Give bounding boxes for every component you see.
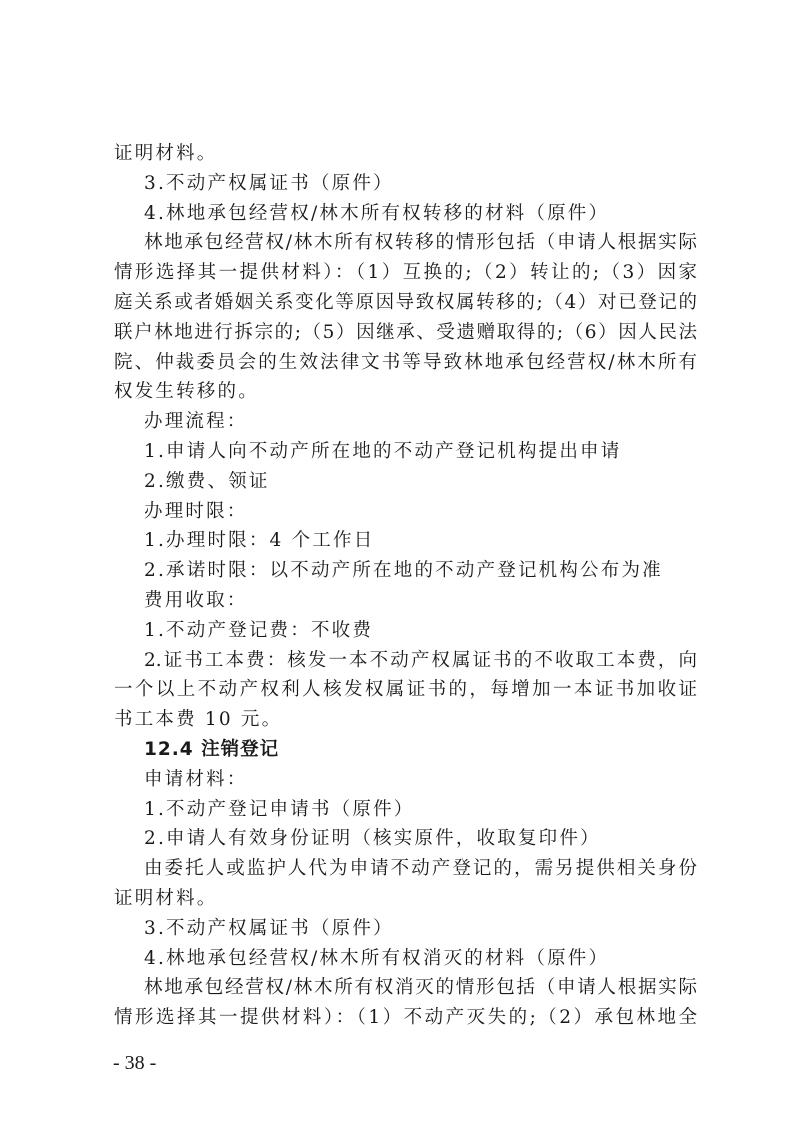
text-line: 1.不动产登记费：不收费: [114, 616, 697, 646]
text-line: 证明材料。: [114, 884, 697, 914]
text-line: 一个以上不动产权利人核发权属证书的，每增加一本证书加收证: [114, 675, 697, 705]
text-line: 4.林地承包经营权/林木所有权消灭的材料（原件）: [114, 944, 697, 974]
text-line: 林地承包经营权/林木所有权消灭的情形包括（申请人根据实际: [114, 973, 697, 1003]
text-line: 书工本费 10 元。: [114, 705, 697, 735]
text-line: 联户林地进行拆宗的;（5）因继承、受遗赠取得的;（6）因人民法: [114, 318, 697, 348]
text-line: 庭关系或者婚姻关系变化等原因导致权属转移的;（4）对已登记的: [114, 288, 697, 318]
subheading-materials: 申请材料：: [114, 765, 697, 795]
document-body: 证明材料。 3.不动产权属证书（原件） 4.林地承包经营权/林木所有权转移的材料…: [114, 139, 697, 1033]
text-line: 情形选择其一提供材料）：（1）互换的;（2）转让的;（3）因家: [114, 258, 697, 288]
text-line: 证明材料。: [114, 139, 697, 169]
text-line: 1.不动产登记申请书（原件）: [114, 795, 697, 825]
text-line: 情形选择其一提供材料）：（1）不动产灭失的;（2）承包林地全: [114, 1003, 697, 1033]
text-line: 林地承包经营权/林木所有权转移的情形包括（申请人根据实际: [114, 228, 697, 258]
text-line: 3.不动产权属证书（原件）: [114, 169, 697, 199]
text-line: 2.缴费、领证: [114, 467, 697, 497]
text-line: 2.承诺时限：以不动产所在地的不动产登记机构公布为准: [114, 556, 697, 586]
subheading-fees: 费用收取：: [114, 586, 697, 616]
text-line: 3.不动产权属证书（原件）: [114, 914, 697, 944]
text-line: 院、仲裁委员会的生效法律文书等导致林地承包经营权/林木所有: [114, 348, 697, 378]
page-number: - 38 -: [113, 1052, 156, 1075]
section-heading: 12.4 注销登记: [114, 735, 697, 765]
text-line: 2.申请人有效身份证明（核实原件，收取复印件）: [114, 824, 697, 854]
text-line: 2.证书工本费：核发一本不动产权属证书的不收取工本费，向: [114, 646, 697, 676]
text-line: 1.申请人向不动产所在地的不动产登记机构提出申请: [114, 437, 697, 467]
subheading-time-limit: 办理时限：: [114, 497, 697, 527]
text-line: 1.办理时限：4 个工作日: [114, 526, 697, 556]
text-line: 由委托人或监护人代为申请不动产登记的，需另提供相关身份: [114, 854, 697, 884]
text-line: 4.林地承包经营权/林木所有权转移的材料（原件）: [114, 199, 697, 229]
subheading-process: 办理流程：: [114, 407, 697, 437]
text-line: 权发生转移的。: [114, 377, 697, 407]
